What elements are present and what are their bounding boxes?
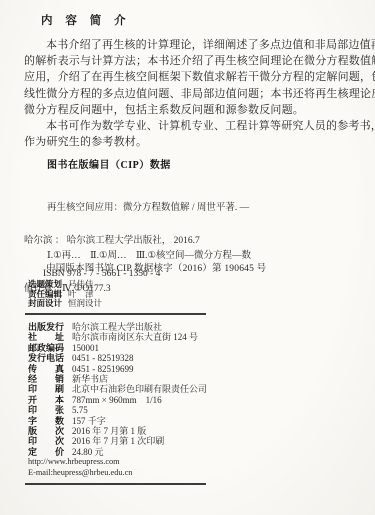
- publishing-label: 传 真: [28, 364, 72, 374]
- publishing-row: 传 真 0451 - 82519699: [28, 364, 207, 374]
- publishing-value: 北京中石油彩色印刷有限责任公司: [72, 384, 207, 394]
- intro-title: 内 容 简 介: [41, 12, 131, 28]
- publishing-value: 787mm × 960mm 1/16: [72, 395, 162, 405]
- publishing-row: 印 张 5.75: [28, 405, 207, 415]
- publishing-row: 发行电话 0451 - 82519328: [28, 353, 207, 363]
- intro-line: 本书介绍了再生核的计算理论，详细阐述了多点边值和非局部边值再生核: [24, 37, 358, 53]
- cip-registry-number: 中国版本图书馆 CIP 数据核字（2016）第 190645 号: [46, 260, 266, 274]
- publishing-value: 2016 年 7 月第 1 版: [72, 426, 146, 436]
- publishing-value: 24.80 元: [72, 447, 104, 457]
- staff-row: 封面设计 恒润设计: [28, 299, 102, 309]
- publishing-label: 印 刷: [28, 384, 72, 394]
- email-address: E-mail:heupress@hrbeu.edu.cn: [28, 468, 132, 477]
- publishing-value: 哈尔滨市南岗区东大直街 124 号: [72, 332, 198, 342]
- intro-line: 微分方程反问题中，包括主系数反问题和源参数反问题。: [24, 102, 358, 118]
- publishing-row: 印 次 2016 年 7 月第 1 次印刷: [28, 436, 207, 446]
- staff-credits: 选题策划 马佳佳 责任编辑 叶 津 封面设计 恒润设计: [28, 280, 102, 309]
- cip-record-line: 再生核空间应用：微分方程数值解 / 周世平著. —: [24, 203, 344, 214]
- publishing-value: 0451 - 82519699: [72, 364, 134, 374]
- bottom-divider: [25, 483, 206, 485]
- publishing-row: 开 本 787mm × 960mm 1/16: [28, 395, 207, 405]
- publishing-row: 字 数 157 千字: [28, 416, 207, 426]
- publishing-row: 社 址 哈尔滨市南岗区东大直街 124 号: [28, 332, 207, 342]
- publishing-value: 5.75: [72, 405, 88, 415]
- publishing-row: 出版发行 哈尔滨工程大学出版社: [28, 322, 207, 332]
- publishing-value: 哈尔滨工程大学出版社: [72, 322, 162, 332]
- publishing-value: 2016 年 7 月第 1 次印刷: [72, 436, 164, 446]
- copyright-page: 内 容 简 介 本书介绍了再生核的计算理论，详细阐述了多点边值和非局部边值再生核…: [0, 0, 375, 515]
- publishing-label: 发行电话: [28, 353, 72, 363]
- publishing-value: 0451 - 82519328: [72, 353, 134, 363]
- intro-line: 作为研究生的参考教材。: [24, 134, 358, 150]
- publishing-row: 印 刷 北京中石油彩色印刷有限责任公司: [28, 384, 207, 394]
- publishing-label: 字 数: [28, 416, 72, 426]
- publishing-label: 版 次: [28, 426, 72, 436]
- publishing-row: 邮政编码 150001: [28, 343, 207, 353]
- publishing-row: 版 次 2016 年 7 月第 1 版: [28, 426, 207, 436]
- publishing-label: 开 本: [28, 395, 72, 405]
- publishing-value: 150001: [72, 343, 99, 353]
- publishing-label: 印 次: [28, 436, 72, 446]
- website-url: http://www.hrbeupress.com: [28, 457, 120, 466]
- publishing-label: 社 址: [28, 332, 72, 342]
- publishing-label: 经 销: [28, 374, 72, 384]
- publishing-label: 邮政编码: [28, 343, 72, 353]
- top-divider: [25, 313, 206, 315]
- publishing-row: 定 价 24.80 元: [28, 447, 207, 457]
- intro-paragraphs: 本书介绍了再生核的计算理论，详细阐述了多点边值和非局部边值再生核 的解析表示与计…: [24, 37, 358, 150]
- publishing-value: 157 千字: [72, 416, 106, 426]
- staff-value: 恒润设计: [68, 299, 102, 309]
- intro-line: 应用，介绍了在再生核空间框架下数值求解若干微分方程的定解问题，包括非: [24, 69, 358, 85]
- cip-heading: 图书在版编目（CIP）数据: [47, 156, 171, 171]
- intro-line: 本书可作为数学专业、计算机专业、工程计算等研究人员的参考书，也可以: [24, 118, 358, 134]
- publishing-value: 新华书店: [72, 374, 108, 384]
- publishing-label: 出版发行: [28, 322, 72, 332]
- staff-label: 封面设计: [28, 299, 68, 309]
- intro-line: 线性微分方程的多点边值问题、非局部边值问题；本书还将再生核理论应用到: [24, 86, 358, 102]
- publishing-label: 印 张: [28, 405, 72, 415]
- publishing-row: 经 销 新华书店: [28, 374, 207, 384]
- publishing-info: 出版发行 哈尔滨工程大学出版社 社 址 哈尔滨市南岗区东大直街 124 号 邮政…: [28, 322, 207, 457]
- intro-line: 的解析表示与计算方法；本书还介绍了再生核空间理论在微分方程数值解中的: [24, 53, 358, 69]
- publishing-label: 定 价: [28, 447, 72, 457]
